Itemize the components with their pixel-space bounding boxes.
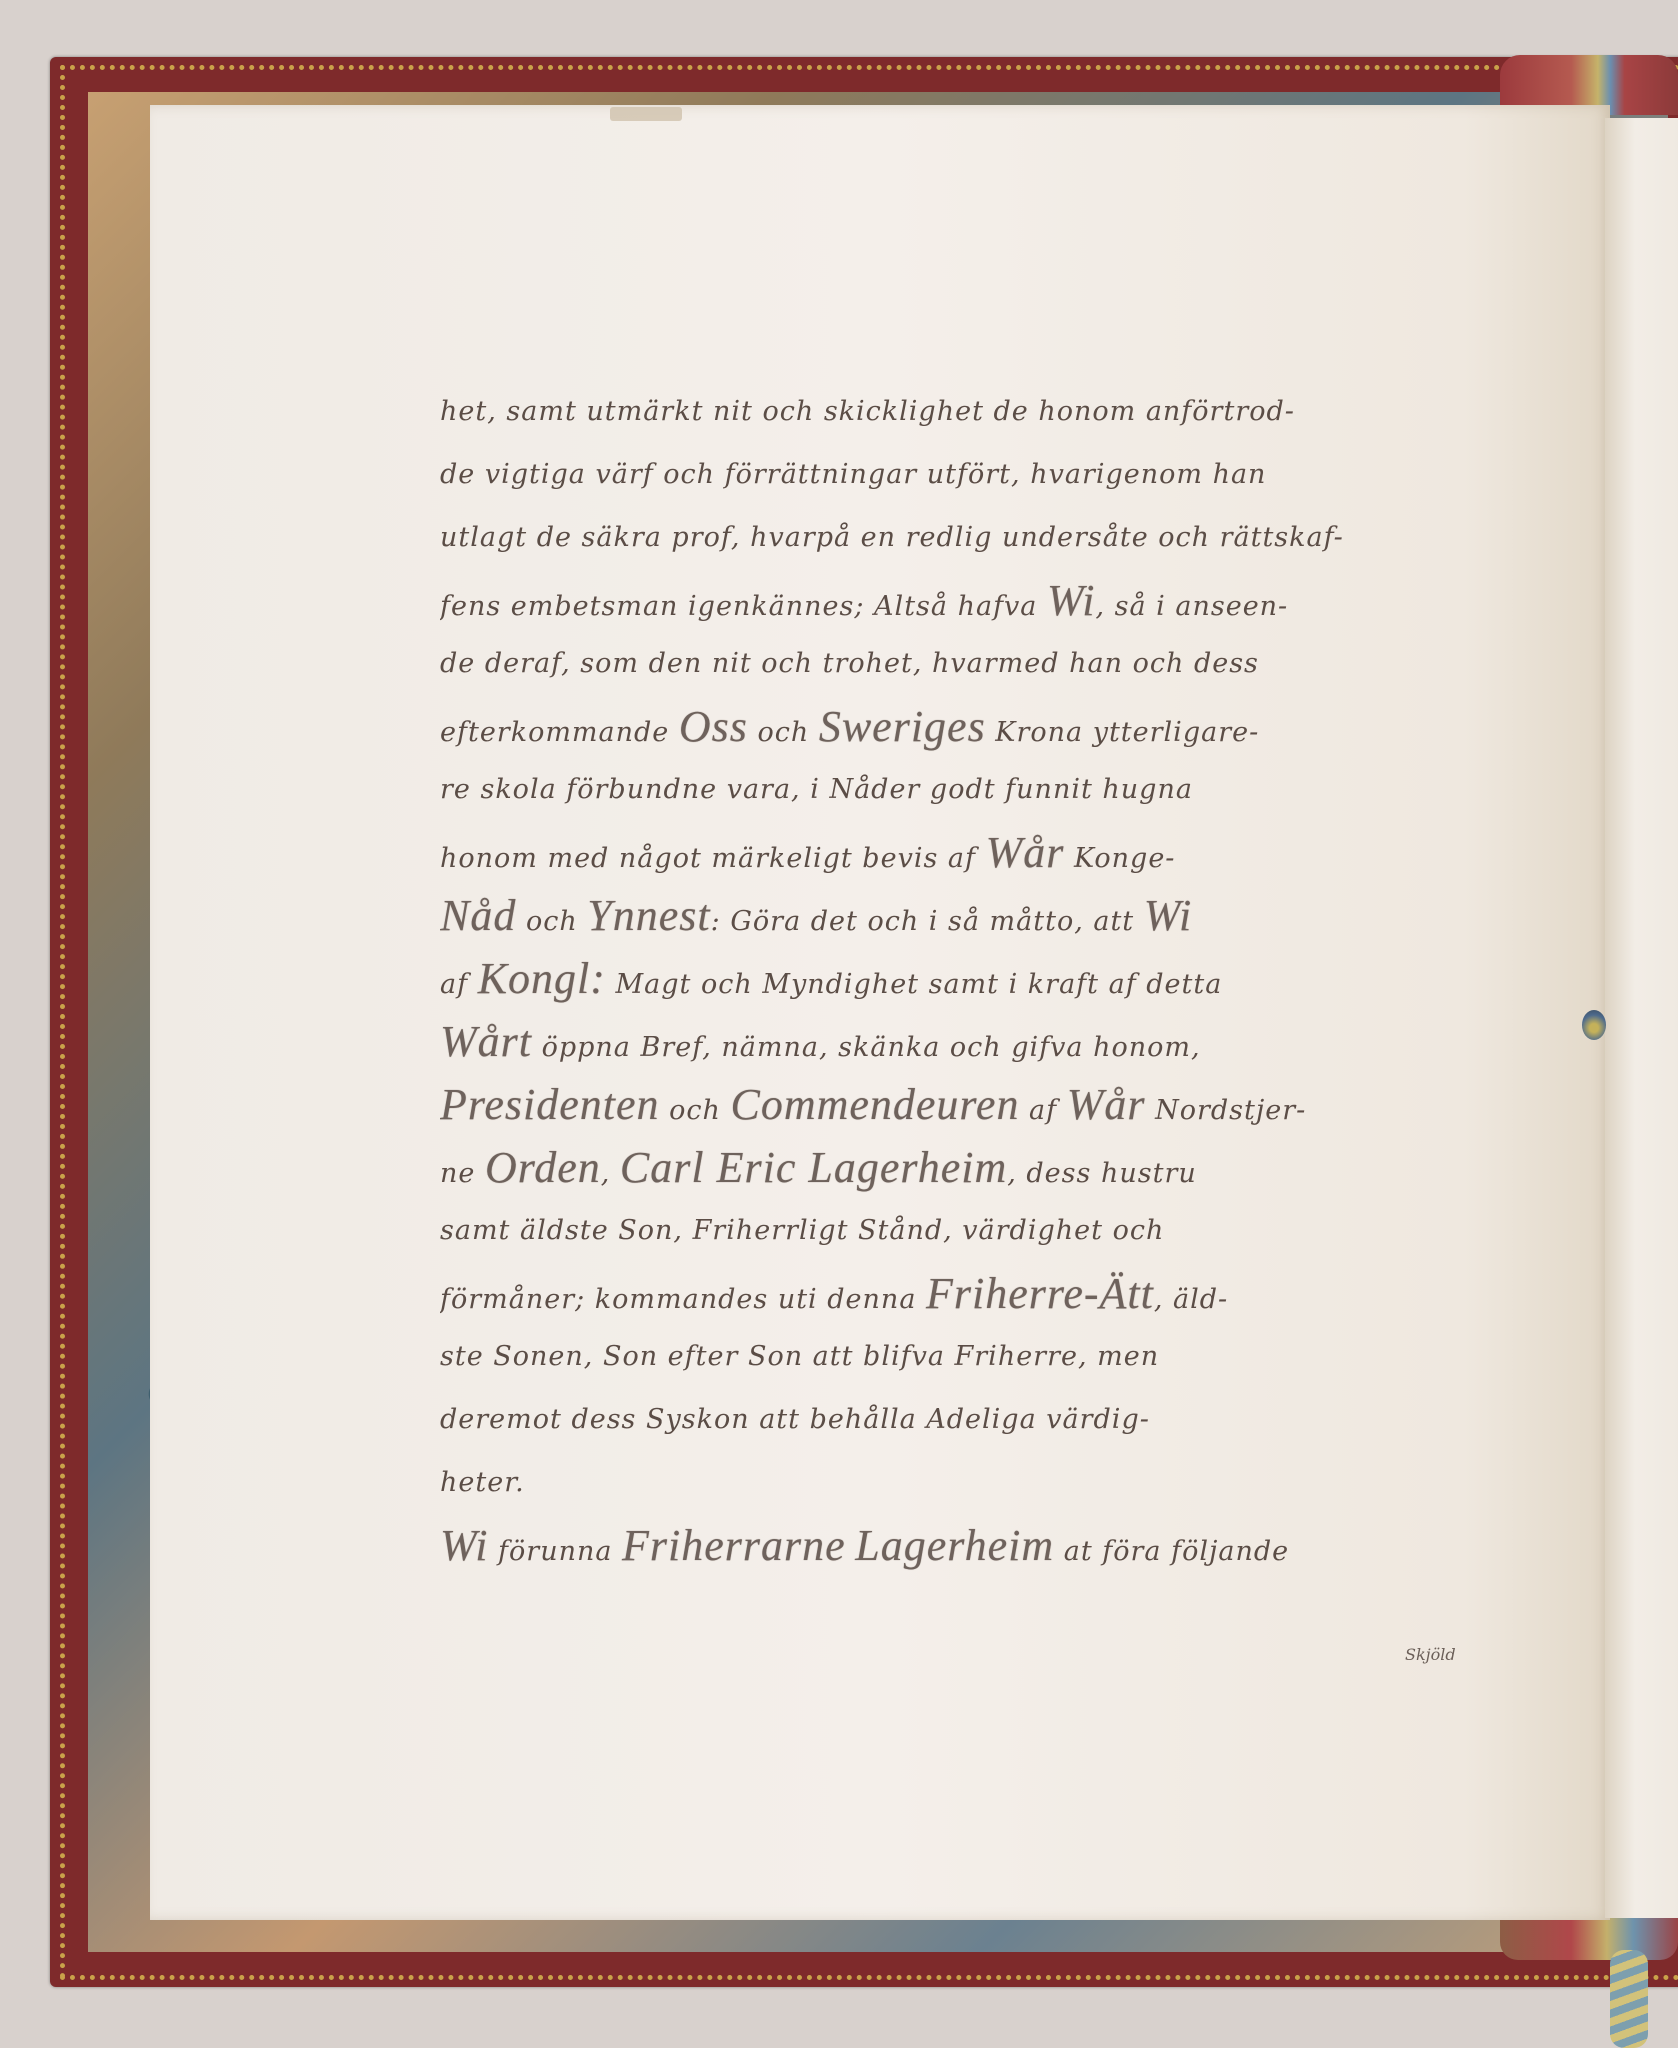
text-line: ne Orden, Carl Eric Lagerheim, dess hust… — [440, 1136, 1520, 1199]
text-line: re skola förbundne vara, i Nåder godt fu… — [440, 758, 1520, 821]
cursive-text: ne — [440, 1158, 485, 1189]
cursive-text: ste Sonen, Son efter Son att blifva Frih… — [440, 1341, 1159, 1372]
cursive-text: re skola förbundne vara, i Nåder godt fu… — [440, 774, 1193, 805]
display-script-word: Presidenten — [440, 1080, 660, 1129]
cursive-text: heter. — [440, 1467, 525, 1498]
cursive-text: utlagt de säkra prof, hvarpå en redlig u… — [440, 522, 1344, 553]
display-script-word: Lagerheim — [855, 1521, 1054, 1570]
cursive-text: af — [1019, 1095, 1066, 1126]
text-line: Nåd och Ynnest: Göra det och i så måtto,… — [440, 884, 1520, 947]
text-line: deremot dess Syskon att behålla Adeliga … — [440, 1388, 1520, 1451]
cursive-text: förunna — [488, 1536, 622, 1567]
cursive-text: at föra följande — [1054, 1536, 1289, 1567]
cursive-text: förmåner; kommandes uti denna — [440, 1284, 926, 1315]
text-line: samt äldste Son, Friherrligt Stånd, värd… — [440, 1199, 1520, 1262]
cursive-text: de vigtiga värf och förrättningar utfört… — [440, 459, 1266, 490]
cursive-text: efterkommande — [440, 717, 679, 748]
cursive-text: Nordstjer- — [1146, 1095, 1307, 1126]
text-line: Wi förunna Friherrarne Lagerheim at föra… — [440, 1514, 1520, 1577]
display-script-word: Ynnest — [587, 891, 710, 940]
text-line: ste Sonen, Son efter Son att blifva Frih… — [440, 1325, 1520, 1388]
cursive-text: , äld- — [1154, 1284, 1228, 1315]
cursive-text: samt äldste Son, Friherrligt Stånd, värd… — [440, 1215, 1164, 1246]
text-line: de deraf, som den nit och trohet, hvarme… — [440, 632, 1520, 695]
display-script-word: Wårt — [440, 1017, 532, 1066]
display-script-word: Wår — [1067, 1080, 1146, 1129]
cursive-text: Krona ytterligare- — [986, 717, 1259, 748]
cursive-text: de deraf, som den nit och trohet, hvarme… — [440, 648, 1259, 679]
text-line: het, samt utmärkt nit och skicklighet de… — [440, 380, 1520, 443]
display-script-word: Wi — [1047, 576, 1095, 625]
binding-cord-hole — [1582, 1010, 1606, 1040]
facing-page-edge[interactable] — [1605, 118, 1678, 1918]
cursive-text — [846, 1536, 856, 1567]
cursive-text: af — [440, 969, 478, 1000]
text-line: de vigtiga värf och förrättningar utfört… — [440, 443, 1520, 506]
display-script-word: Sweriges — [819, 702, 986, 751]
cursive-text: och — [516, 906, 587, 937]
cursive-text: , dess hustru — [1007, 1158, 1197, 1189]
cursive-text: Magt och Myndighet samt i kraft af detta — [606, 969, 1222, 1000]
text-line: Wårt öppna Bref, nämna, skänka och gifva… — [440, 1010, 1520, 1073]
display-script-word: Friherrarne — [622, 1521, 846, 1570]
cursive-text: , så i anseen- — [1095, 591, 1288, 622]
display-script-word: Oss — [679, 702, 748, 751]
cursive-text: deremot dess Syskon att behålla Adeliga … — [440, 1404, 1150, 1435]
cursive-text: och — [748, 717, 819, 748]
bookmark-tassel[interactable] — [1610, 1950, 1648, 2048]
text-line: heter. — [440, 1451, 1520, 1514]
text-line: fens embetsman igenkännes; Altså hafva W… — [440, 569, 1520, 632]
text-line: efterkommande Oss och Sweriges Krona ytt… — [440, 695, 1520, 758]
text-line: utlagt de säkra prof, hvarpå en redlig u… — [440, 506, 1520, 569]
cursive-text: : Göra det och i så måtto, att — [711, 906, 1144, 937]
cursive-text: Konge- — [1064, 843, 1175, 874]
display-script-word: Kongl: — [478, 954, 606, 1003]
display-script-word: Carl Eric Lagerheim — [620, 1143, 1007, 1192]
display-script-word: Orden — [485, 1143, 601, 1192]
cursive-text: öppna Bref, nämna, skänka och gifva hono… — [532, 1032, 1201, 1063]
display-script-word: Commendeuren — [730, 1080, 1019, 1129]
display-script-word: Friherre-Ätt — [926, 1269, 1154, 1318]
cursive-text: honom med något märkeligt bevis af — [440, 843, 986, 874]
manuscript-text: het, samt utmärkt nit och skicklighet de… — [440, 380, 1520, 1577]
display-script-word: Nåd — [440, 891, 516, 940]
text-line: honom med något märkeligt bevis af Wår K… — [440, 821, 1520, 884]
cursive-text: , — [601, 1158, 620, 1189]
catchword: Skjöld — [1405, 1645, 1456, 1664]
text-line: Presidenten och Commendeuren af Wår Nord… — [440, 1073, 1520, 1136]
cursive-text: fens embetsman igenkännes; Altså hafva — [440, 591, 1047, 622]
headband-bottom — [1500, 1915, 1678, 1960]
cursive-text: het, samt utmärkt nit och skicklighet de… — [440, 396, 1295, 427]
display-script-word: Wi — [440, 1521, 488, 1570]
cursive-text: och — [660, 1095, 731, 1126]
display-script-word: Wår — [986, 828, 1065, 877]
display-script-word: Wi — [1144, 891, 1192, 940]
paper-tab-mark — [610, 107, 682, 121]
text-line: förmåner; kommandes uti denna Friherre-Ä… — [440, 1262, 1520, 1325]
text-line: af Kongl: Magt och Myndighet samt i kraf… — [440, 947, 1520, 1010]
